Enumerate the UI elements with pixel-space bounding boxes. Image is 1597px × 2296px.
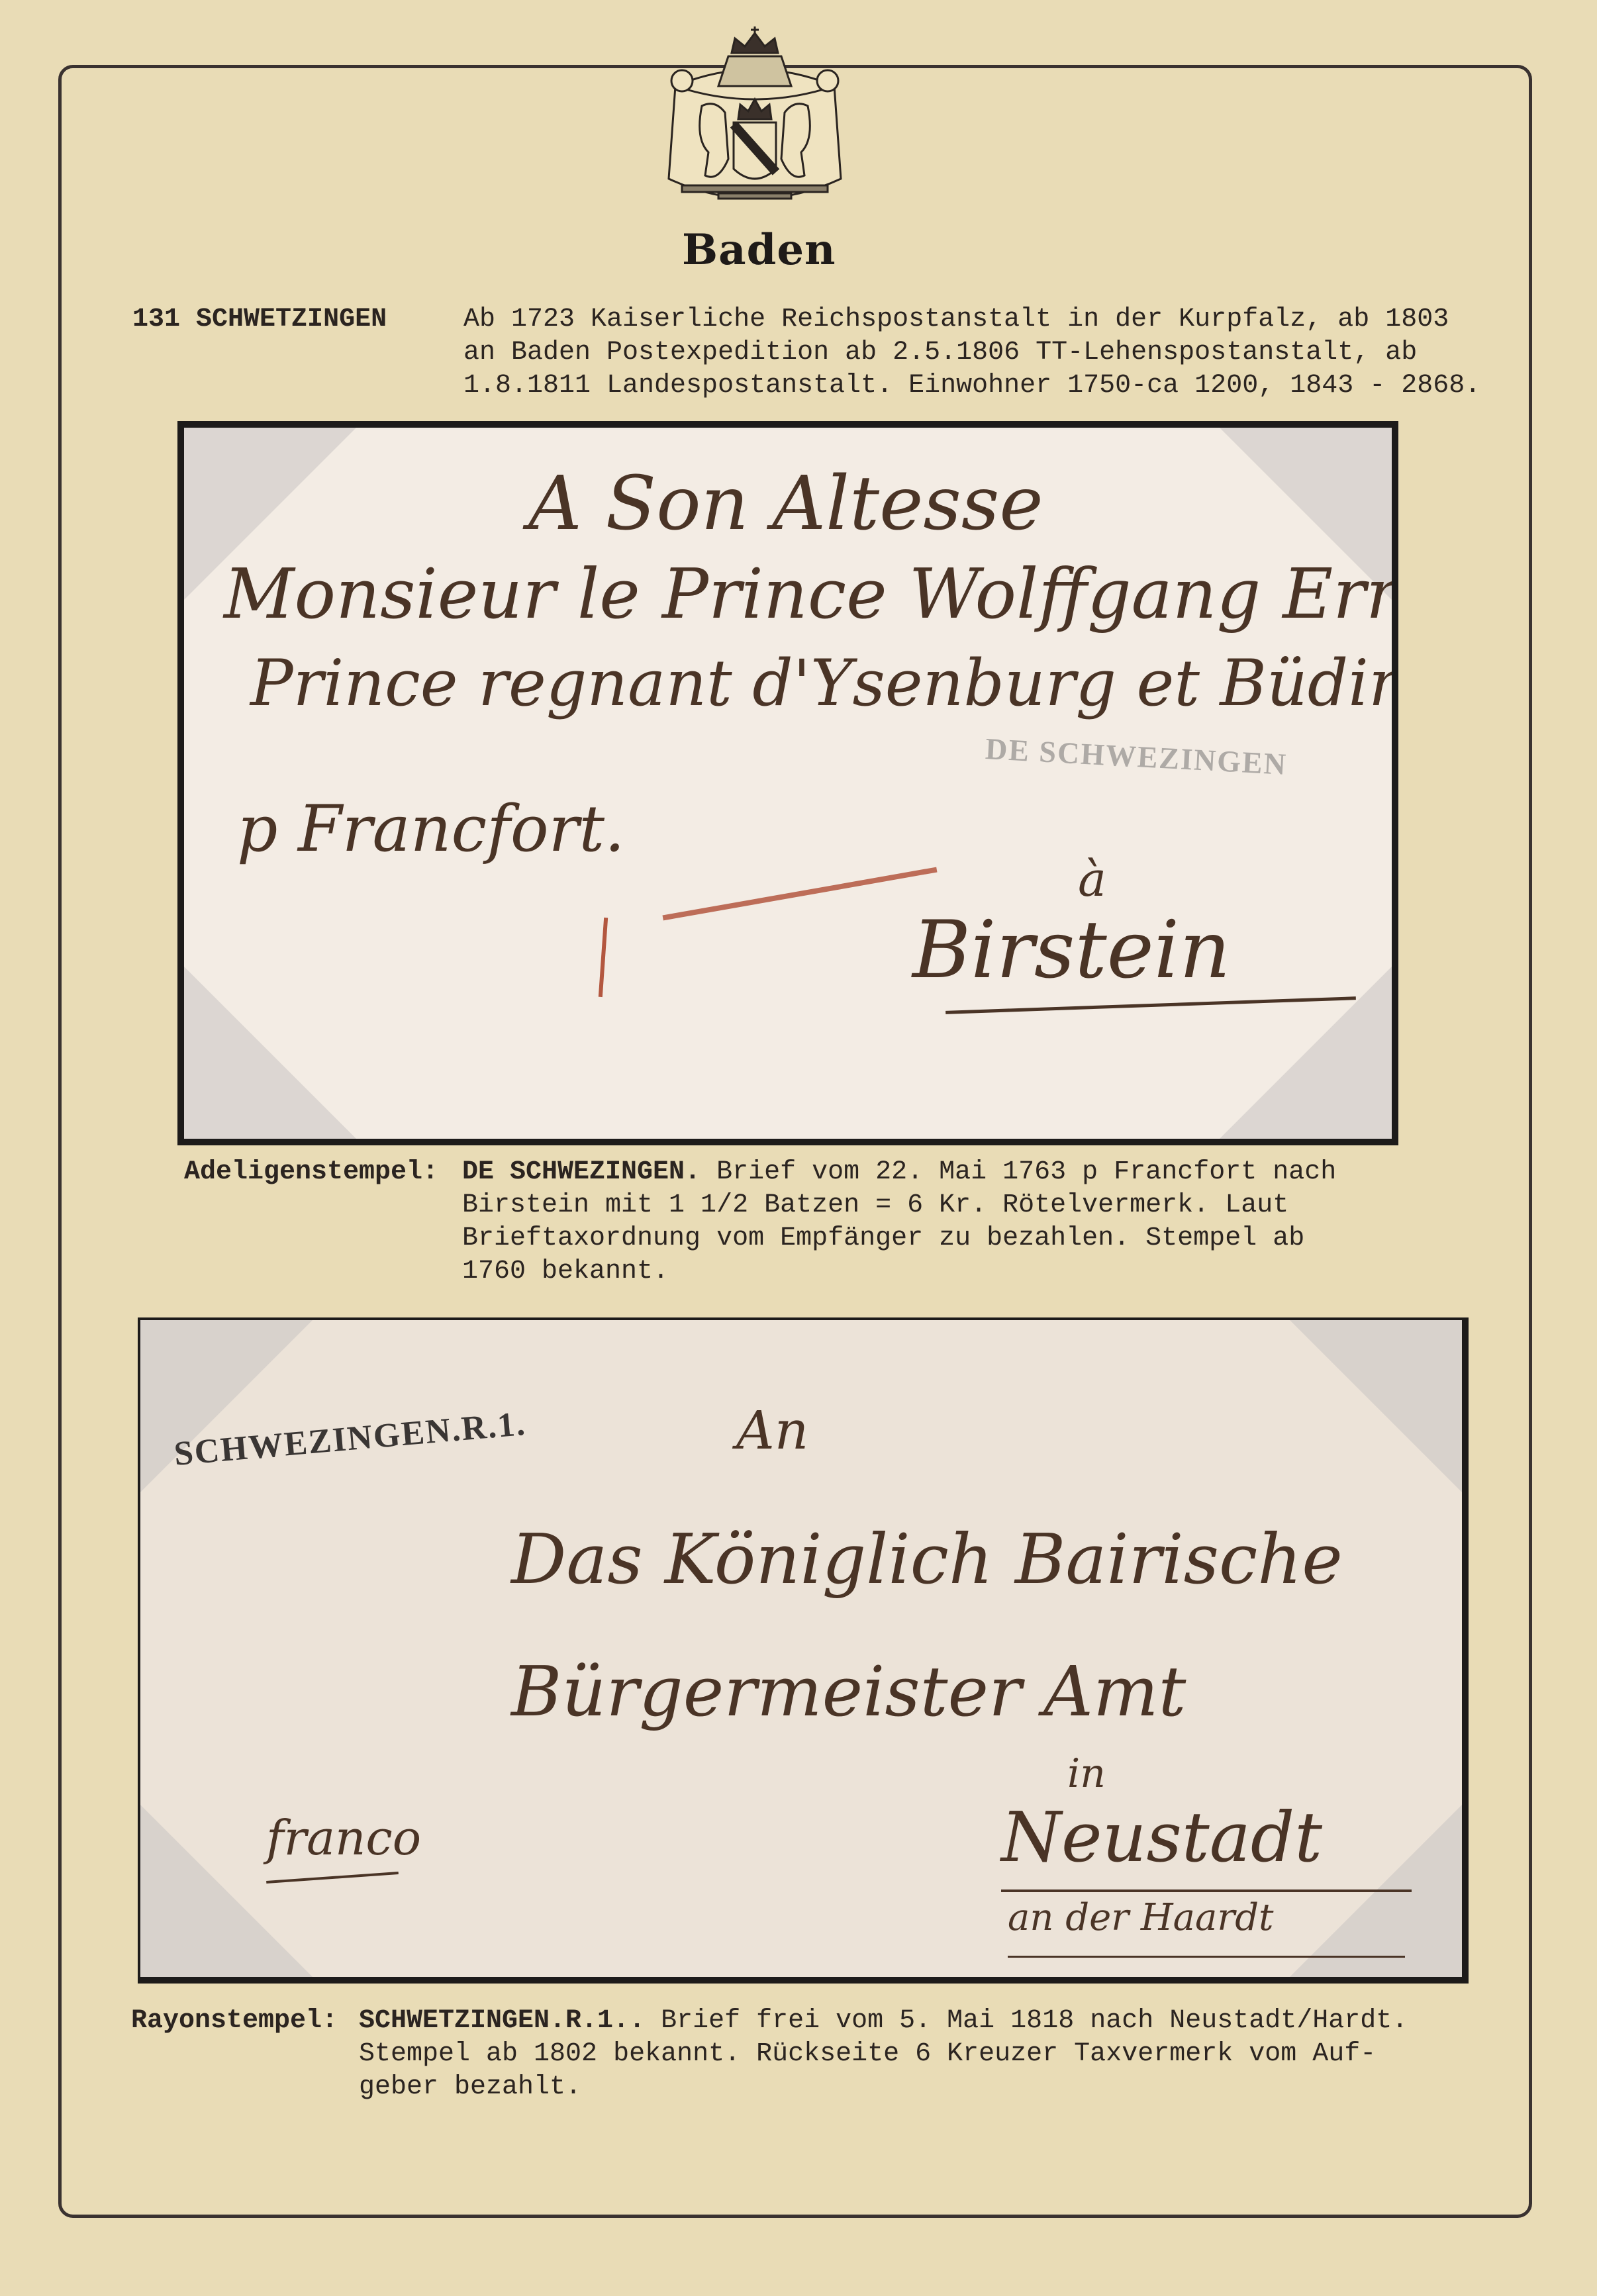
caption-label: Adeligenstempel: bbox=[184, 1156, 438, 1189]
address-line: Prince regnant d'Ysenburg et Büdingen bbox=[250, 646, 1398, 720]
caption-body: SCHWETZINGEN.R.1.. Brief frei vom 5. Mai… bbox=[359, 2005, 1484, 2104]
underline-mark bbox=[1008, 1956, 1405, 1958]
franco-note: franco bbox=[266, 1810, 421, 1866]
caption-line: Brieftaxordnung vom Empfänger zu bezahle… bbox=[462, 1222, 1455, 1255]
address-line: an der Haardt bbox=[1008, 1896, 1274, 1939]
caption-body: DE SCHWEZINGEN. Brief vom 22. Mai 1763 p… bbox=[462, 1156, 1455, 1288]
baden-coat-of-arms-icon bbox=[655, 26, 854, 218]
cover-1763-birstein: A Son Altesse Monsieur le Prince Wolffga… bbox=[177, 421, 1398, 1145]
region-title: Baden bbox=[682, 225, 828, 275]
caption-line: Brief vom 22. Mai 1763 p Francfort nach bbox=[716, 1157, 1336, 1187]
underline-mark bbox=[1001, 1889, 1412, 1892]
header-line: Ab 1723 Kaiserliche Reichspostanstalt in… bbox=[463, 303, 1549, 336]
header-line: 1.8.1811 Landespostanstalt. Einwohner 17… bbox=[463, 369, 1549, 403]
caption-line: Brief frei vom 5. Mai 1818 nach Neustadt… bbox=[661, 2006, 1408, 2036]
caption-stamp-name: DE SCHWEZINGEN. bbox=[462, 1157, 701, 1187]
address-line: Birstein bbox=[912, 904, 1230, 996]
caption-line: 1760 bekannt. bbox=[462, 1255, 1455, 1288]
address-line: Bürgermeister Amt bbox=[511, 1651, 1186, 1732]
header-line: an Baden Postexpedition ab 2.5.1806 TT-L… bbox=[463, 336, 1549, 369]
address-line: An bbox=[736, 1400, 808, 1461]
header-description: Ab 1723 Kaiserliche Reichspostanstalt in… bbox=[463, 303, 1549, 403]
cover-1818-neustadt: SCHWEZINGEN.R.1. An Das Königlich Bairis… bbox=[138, 1317, 1469, 1984]
header-place: SCHWETZINGEN bbox=[196, 305, 387, 334]
caption-stamp-name: SCHWETZINGEN.R.1.. bbox=[359, 2006, 645, 2036]
address-line: Neustadt bbox=[1001, 1797, 1322, 1878]
address-line: p Francfort. bbox=[237, 792, 625, 866]
address-line: Monsieur le Prince Wolffgang Ernst, bbox=[224, 553, 1398, 634]
header-number: 131 bbox=[132, 305, 180, 334]
caption-line: geber bezahlt. bbox=[359, 2071, 1484, 2104]
caption-line: Stempel ab 1802 bekannt. Rückseite 6 Kre… bbox=[359, 2038, 1484, 2071]
address-line: in bbox=[1067, 1750, 1106, 1797]
address-line: à bbox=[1078, 851, 1106, 907]
address-line: Das Königlich Bairische bbox=[511, 1519, 1343, 1600]
caption-label: Rayonstempel: bbox=[131, 2005, 338, 2038]
header-place-code: 131 SCHWETZINGEN bbox=[132, 303, 387, 336]
caption-line: Birstein mit 1 1/2 Batzen = 6 Kr. Rötelv… bbox=[462, 1189, 1455, 1222]
address-line: A Son Altesse bbox=[528, 461, 1043, 547]
